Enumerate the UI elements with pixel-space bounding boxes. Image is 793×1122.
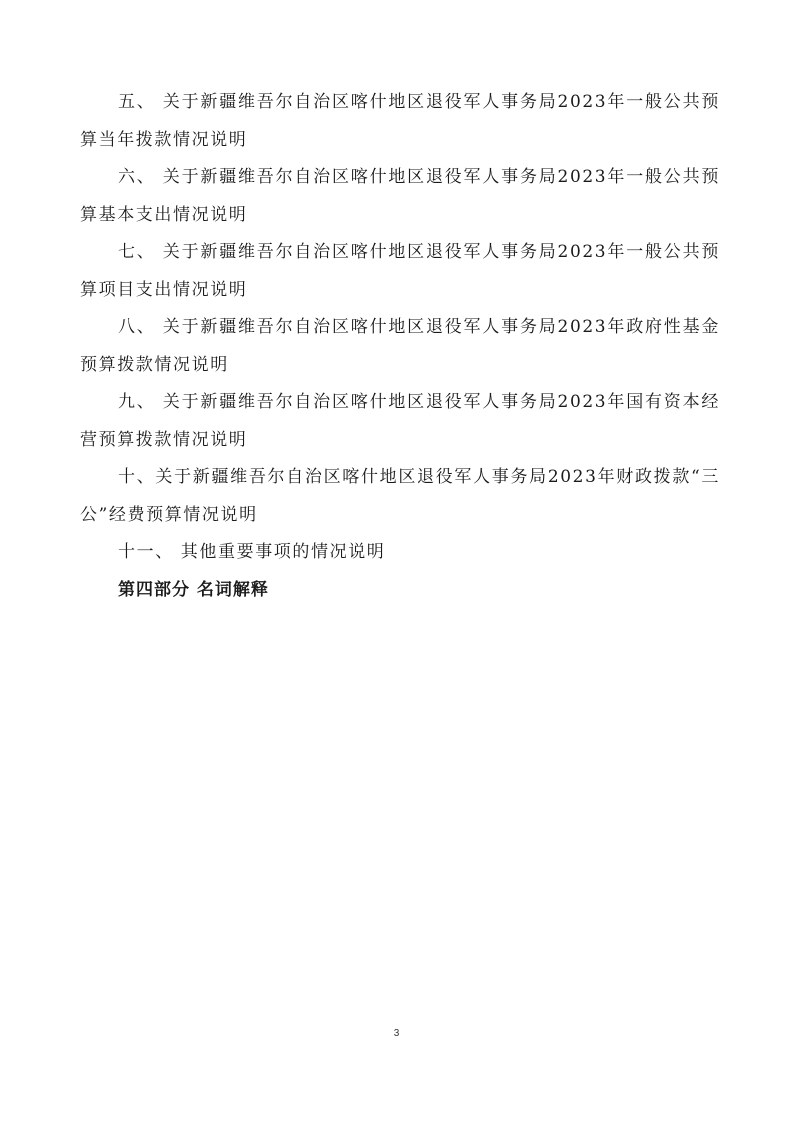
toc-item-11: 十一、 其他重要事项的情况说明 bbox=[80, 534, 720, 572]
toc-item-7: 七、 关于新疆维吾尔自治区喀什地区退役军人事务局2023年一般公共预算项目支出情… bbox=[80, 234, 720, 309]
toc-item-10: 十、关于新疆维吾尔自治区喀什地区退役军人事务局2023年财政拨款“三公”经费预算… bbox=[80, 459, 720, 534]
toc-item-8: 八、 关于新疆维吾尔自治区喀什地区退役军人事务局2023年政府性基金预算拨款情况… bbox=[80, 309, 720, 384]
toc-item-6: 六、 关于新疆维吾尔自治区喀什地区退役军人事务局2023年一般公共预算基本支出情… bbox=[80, 159, 720, 234]
toc-item-5: 五、 关于新疆维吾尔自治区喀什地区退役军人事务局2023年一般公共预算当年拨款情… bbox=[80, 84, 720, 159]
document-page: 五、 关于新疆维吾尔自治区喀什地区退役军人事务局2023年一般公共预算当年拨款情… bbox=[80, 84, 720, 609]
toc-item-9: 九、 关于新疆维吾尔自治区喀什地区退役军人事务局2023年国有资本经营预算拨款情… bbox=[80, 384, 720, 459]
page-number: 3 bbox=[0, 1028, 793, 1039]
section-heading: 第四部分 名词解释 bbox=[80, 572, 720, 610]
